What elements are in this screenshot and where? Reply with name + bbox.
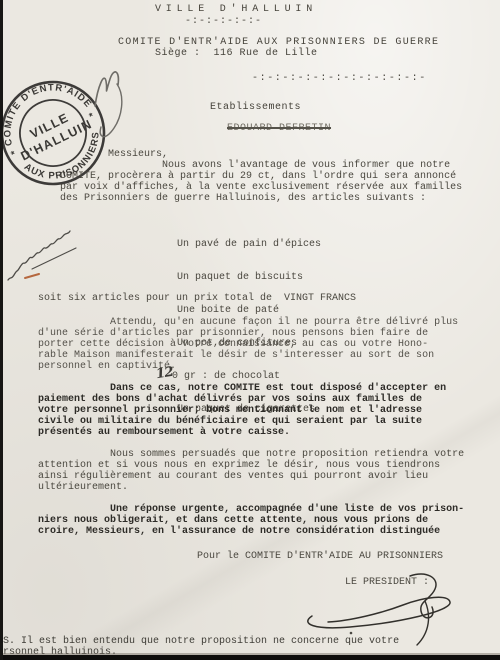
list-item-chocolat-typed: 0 gr : de chocolat xyxy=(172,371,280,382)
etablissements-label: Etablissements xyxy=(210,102,301,113)
recipient-name-struck: EDOUARD DEFRETIN xyxy=(227,123,331,134)
list-item: Un paquet de biscuits xyxy=(177,272,321,283)
scan-edge-left xyxy=(0,0,3,660)
list-item-chocolat: 120 gr : de chocolat xyxy=(172,371,321,382)
letter-page: VILLE D'HALLUIN -:-:-:-:-:- COMITE D'ENT… xyxy=(0,0,500,660)
paragraph-attendu: Attendu, qu'en aucune façon il ne pourra… xyxy=(38,317,458,372)
paragraph-une-reponse: Une réponse urgente, accompagnée d'une l… xyxy=(38,504,464,537)
org-name: COMITE D'ENTR'AIDE AUX PRISONNIERS DE GU… xyxy=(118,37,439,48)
scan-edge-bottom xyxy=(0,655,500,660)
stamp-star-left: * xyxy=(9,149,17,161)
header-separator-bottom: -:-:-:-:-:-:-:-:-:-:-:- xyxy=(252,73,427,84)
paragraph-intro: Messieurs, Nous avons l'avantage de vous… xyxy=(60,149,462,204)
list-item: Une boite de paté xyxy=(177,305,321,316)
pencil-flourish-mark xyxy=(85,64,145,159)
closing-line: Pour le COMITE D'ENTR'AIDE AU PRISONNIER… xyxy=(197,551,443,562)
paragraph-nous-sommes: Nous sommes persuadés que notre proposit… xyxy=(38,449,464,493)
list-item: Un pavé de pain d'épices xyxy=(177,239,321,250)
orange-pencil-dash xyxy=(25,274,39,278)
total-price-line: soit six articles pour un prix total de … xyxy=(38,293,356,304)
header-separator-top: -:-:-:-:-:- xyxy=(185,16,262,27)
page-title: VILLE D'HALLUIN xyxy=(155,4,317,15)
margin-handwriting xyxy=(2,222,97,292)
org-address: Siège : 116 Rue de Lille xyxy=(155,48,318,59)
paragraph-dans-ce-cas: Dans ce cas, notre COMITE est tout dispo… xyxy=(38,383,446,438)
